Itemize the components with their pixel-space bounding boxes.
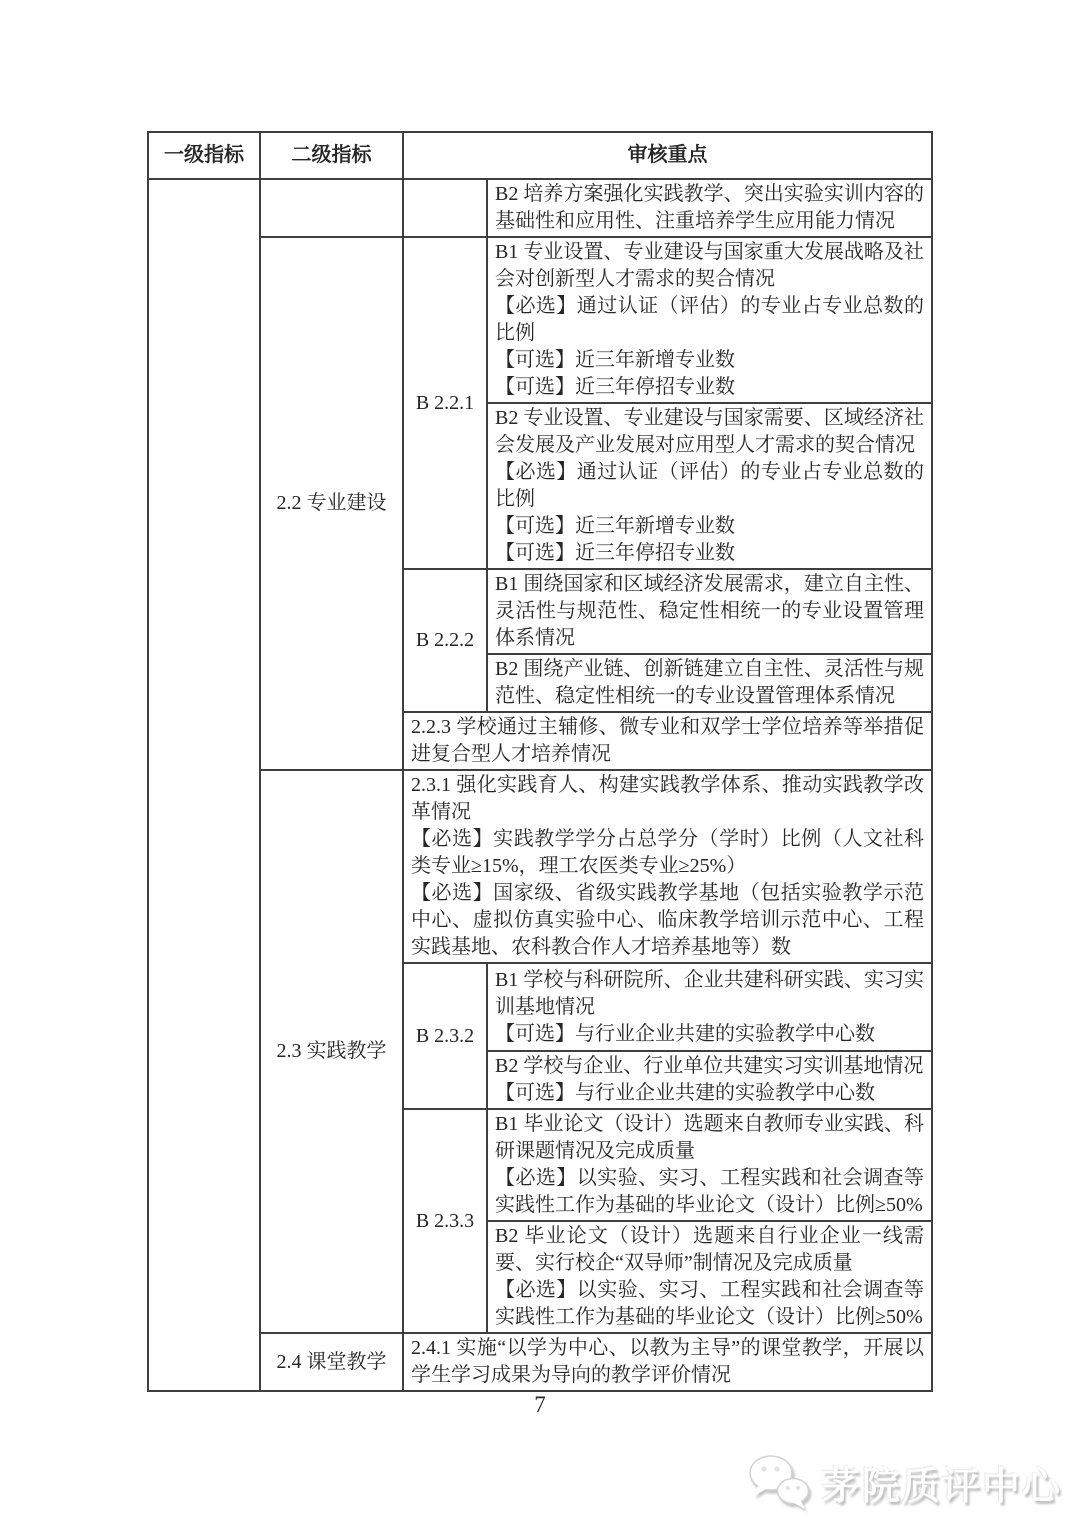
table-row: 2.3 实践教学 2.3.1 强化实践育人、构建实践教学体系、推动实践教学改革情… [148, 770, 932, 963]
header-level1: 一级指标 [148, 132, 260, 179]
table-row: 2.4 课堂教学 2.4.1 实施“以学为中心、以教为主导”的课堂教学，开展以学… [148, 1333, 932, 1391]
watermark: 茅院质评中心 [746, 1452, 1062, 1512]
watermark-label: 茅院质评中心 [822, 1455, 1062, 1510]
review-focus-cell: B2 学校与企业、行业单位共建实习实训基地情况 【可选】与行业企业共建的实验教学… [487, 1051, 932, 1109]
table-row: B2 培养方案强化实践教学、突出实验实训内容的基础性和应用性、注重培养学生应用能… [148, 179, 932, 237]
indicator-table-container: 一级指标 二级指标 审核重点 B2 培养方案强化实践教学、突出实验实训内容的基础… [147, 131, 933, 1392]
review-focus-cell-231: 2.3.1 强化实践育人、构建实践教学体系、推动实践教学改革情况 【必选】实践教… [403, 770, 932, 963]
code-b222: B 2.2.2 [403, 569, 487, 712]
review-focus-cell: B1 学校与科研院所、企业共建科研实践、实习实训基地情况 【可选】与行业企业共建… [487, 963, 932, 1051]
review-focus-cell: B1 毕业论文（设计）选题来自教师专业实践、科研课题情况及完成质量 【必选】以实… [487, 1109, 932, 1221]
header-level2: 二级指标 [260, 132, 403, 179]
page-number: 7 [0, 1392, 1080, 1418]
table-header-row: 一级指标 二级指标 审核重点 [148, 132, 932, 179]
header-review-focus: 审核重点 [403, 132, 932, 179]
table-row: 2.2 专业建设 B 2.2.1 B1 专业设置、专业建设与国家重大发展战略及社… [148, 237, 932, 403]
review-focus-cell: B2 专业设置、专业建设与国家需要、区域经济社会发展及产业发展对应用型人才需求的… [487, 403, 932, 569]
level2-empty-cell [260, 179, 403, 237]
review-focus-cell: B2 毕业论文（设计）选题来自行业企业一线需要、实行校企“双导师”制情况及完成质… [487, 1221, 932, 1333]
review-focus-cell-223: 2.2.3 学校通过主辅修、微专业和双学士学位培养等举措促进复合型人才培养情况 [403, 712, 932, 770]
wechat-logo-icon [746, 1452, 814, 1512]
document-page: 一级指标 二级指标 审核重点 B2 培养方案强化实践教学、突出实验实训内容的基础… [0, 0, 1080, 1527]
level1-empty-cell [148, 179, 260, 1391]
review-focus-cell: B1 围绕国家和区域经济发展需求，建立自主性、灵活性与规范性、稳定性相统一的专业… [487, 569, 932, 654]
review-focus-cell: B2 围绕产业链、创新链建立自主性、灵活性与规范性、稳定性相统一的专业设置管理体… [487, 654, 932, 712]
review-focus-cell-241: 2.4.1 实施“以学为中心、以教为主导”的课堂教学，开展以学生学习成果为导向的… [403, 1333, 932, 1391]
review-focus-cell: B2 培养方案强化实践教学、突出实验实训内容的基础性和应用性、注重培养学生应用能… [487, 179, 932, 237]
code-b233: B 2.3.3 [403, 1109, 487, 1333]
indicator-table: 一级指标 二级指标 审核重点 B2 培养方案强化实践教学、突出实验实训内容的基础… [147, 131, 933, 1392]
code-b232: B 2.3.2 [403, 963, 487, 1109]
code-b221: B 2.2.1 [403, 237, 487, 569]
code-empty-cell [403, 179, 487, 237]
level2-indicator-23: 2.3 实践教学 [260, 770, 403, 1333]
level2-indicator-24: 2.4 课堂教学 [260, 1333, 403, 1391]
review-focus-cell: B1 专业设置、专业建设与国家重大发展战略及社会对创新型人才需求的契合情况 【必… [487, 237, 932, 403]
level2-indicator-22: 2.2 专业建设 [260, 237, 403, 770]
